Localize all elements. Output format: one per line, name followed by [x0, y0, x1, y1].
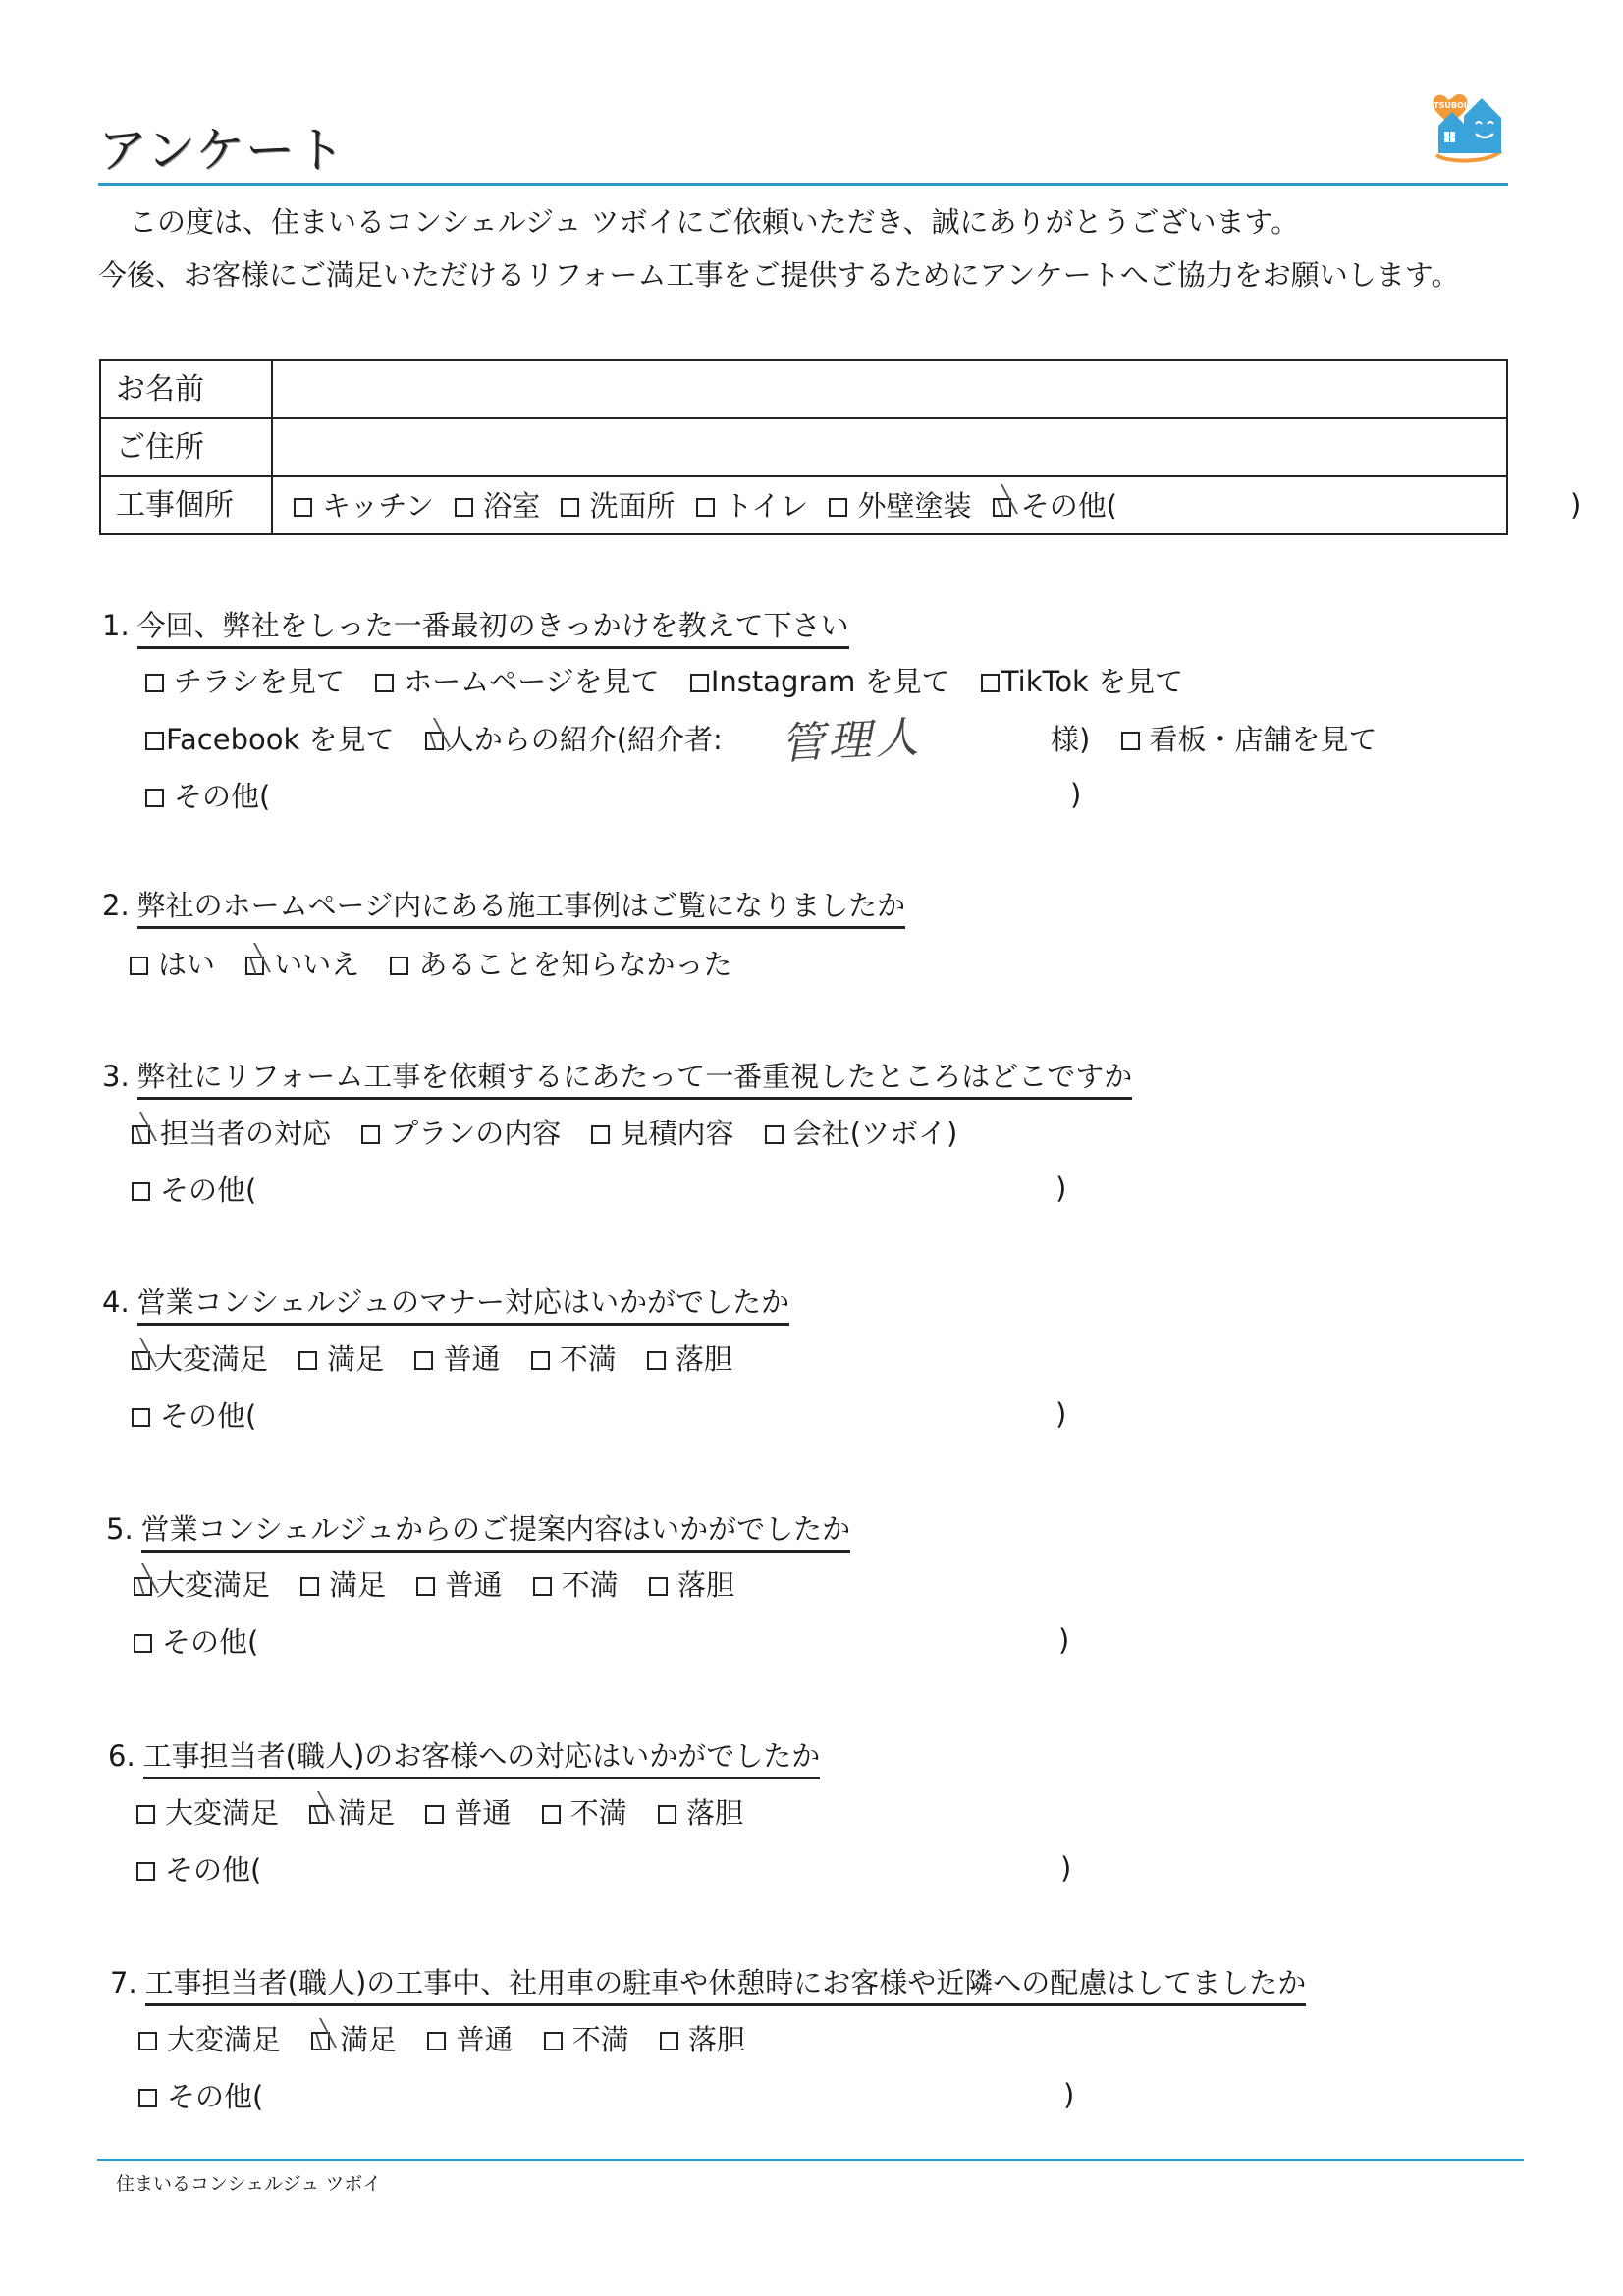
option-dissatisfied[interactable]: 不満 [544, 2023, 629, 2056]
other-label: その他( [165, 1853, 261, 1886]
other-label: その他( [167, 2080, 263, 2113]
question-1-options-row-2b: 様) 看板・店舗を見て [1051, 726, 1378, 754]
other-close-paren: ) [1070, 781, 1081, 809]
option-label: 満足 [327, 1342, 384, 1376]
checkbox[interactable] [765, 1125, 784, 1144]
option-satisfied[interactable]: 満足 [309, 1796, 395, 1830]
location-options: キッチン 浴室 洗面所 トイレ 外壁塗装 その他( ) [274, 477, 1506, 533]
question-text: 弊社にリフォーム工事を依頼するにあたって一番重視したところはどこですか [137, 1060, 1133, 1100]
question-4-options: 大変満足 満足 普通 不満 落胆 [132, 1345, 754, 1374]
question-1-other[interactable]: その他( [145, 783, 270, 811]
option-homepage[interactable]: ホームページを見て [375, 665, 659, 698]
checkbox[interactable] [690, 674, 709, 692]
option-label: 落胆 [688, 2023, 745, 2056]
option-average[interactable]: 普通 [416, 1568, 502, 1602]
checkbox[interactable] [132, 1408, 150, 1427]
intro-line-2: 今後、お客様にご満足いただけるリフォーム工事をご提供するためにアンケートへご協力… [98, 261, 1460, 290]
option-label: 落胆 [677, 1568, 734, 1602]
checkbox[interactable] [136, 1805, 155, 1824]
option-company[interactable]: 会社(ツボイ) [765, 1117, 958, 1150]
name-field[interactable] [274, 361, 1506, 417]
question-text: 工事担当者(職人)のお客様への対応はいかがでしたか [143, 1739, 821, 1779]
option-label: 人からの紹介(紹介者: [446, 723, 723, 756]
name-label: お名前 [101, 361, 273, 417]
address-label: ご住所 [101, 419, 273, 475]
option-label: いいえ [274, 948, 359, 981]
option-label: Instagram を見て [711, 665, 950, 698]
option-staff-response[interactable]: 担当者の対応 [132, 1117, 331, 1150]
option-signboard[interactable]: 看板・店舗を見て [1121, 723, 1378, 756]
question-number: 7. [110, 1966, 137, 1999]
option-label: Facebook を見て [166, 723, 394, 756]
question-3-other[interactable]: その他( [132, 1176, 256, 1205]
option-other[interactable]: その他( [993, 489, 1117, 522]
option-label: 満足 [340, 2023, 397, 2056]
checkbox[interactable] [425, 1805, 444, 1824]
option-label: チラシを見て [174, 665, 345, 698]
option-toilet[interactable]: トイレ [696, 489, 809, 522]
option-label: プランの内容 [390, 1117, 561, 1150]
svg-text:TSUBOI: TSUBOI [1434, 101, 1467, 110]
option-label: ホームページを見て [404, 665, 659, 698]
checkbox[interactable] [544, 2032, 563, 2050]
checkbox[interactable] [138, 2032, 157, 2050]
checkbox-checked[interactable] [134, 1577, 152, 1596]
house-logo-icon: TSUBOI [1429, 86, 1507, 163]
checkbox-checked[interactable] [132, 1125, 150, 1144]
question-6-other[interactable]: その他( [136, 1856, 261, 1885]
option-label: 普通 [443, 1342, 500, 1376]
option-label: 落胆 [686, 1796, 743, 1830]
other-close-paren: ) [1060, 1854, 1071, 1883]
question-7-options: 大変満足 満足 普通 不満 落胆 [138, 2026, 767, 2054]
location-label: 工事個所 [101, 477, 273, 533]
question-text: 営業コンシェルジュのマナー対応はいかがでしたか [137, 1285, 789, 1326]
option-no[interactable]: いいえ [245, 948, 359, 981]
option-label: はい [158, 948, 215, 981]
option-referral[interactable]: 人からの紹介(紹介者: [425, 723, 723, 756]
footer-divider [97, 2159, 1524, 2161]
checkbox[interactable] [132, 1182, 150, 1201]
option-label: あることを知らなかった [418, 948, 731, 981]
option-label: 満足 [329, 1568, 386, 1602]
checkbox-checked[interactable] [425, 732, 444, 750]
option-label: 普通 [445, 1568, 502, 1602]
location-row: 工事個所 キッチン 浴室 洗面所 トイレ 外壁塗装 その他( ) [101, 477, 1506, 533]
checkbox[interactable] [145, 674, 164, 692]
question-6-title: 6.工事担当者(職人)のお客様への対応はいかがでしたか [108, 1742, 820, 1771]
other-close-paren: ) [1055, 1175, 1066, 1203]
checkbox[interactable] [130, 957, 148, 975]
other-label: その他( [160, 1399, 256, 1433]
question-5-other[interactable]: その他( [134, 1628, 258, 1657]
checkbox-checked[interactable] [309, 1805, 328, 1824]
option-label: 大変満足 [165, 1796, 279, 1830]
question-3-title: 3.弊社にリフォーム工事を依頼するにあたって一番重視したところはどこですか [102, 1063, 1132, 1091]
question-text: 今回、弊社をしった一番最初のきっかけを教えて下さい [137, 609, 849, 649]
checkbox[interactable] [298, 1351, 317, 1370]
question-5-title: 5.営業コンシェルジュからのご提案内容はいかがでしたか [106, 1515, 850, 1544]
checkbox[interactable] [696, 498, 715, 517]
checkbox[interactable] [136, 1862, 155, 1881]
checkbox-checked[interactable] [993, 498, 1011, 517]
option-label: 普通 [454, 1796, 511, 1830]
question-number: 4. [102, 1285, 130, 1319]
address-field[interactable] [274, 419, 1506, 475]
other-label: その他( [174, 780, 270, 813]
option-satisfied[interactable]: 満足 [311, 2023, 397, 2056]
checkbox[interactable] [1121, 732, 1140, 750]
question-number: 2. [102, 889, 130, 922]
question-6-options: 大変満足 満足 普通 不満 落胆 [136, 1799, 765, 1828]
option-very-satisfied[interactable]: 大変満足 [138, 2023, 281, 2056]
option-disappointed[interactable]: 落胆 [647, 1342, 732, 1376]
option-very-satisfied[interactable]: 大変満足 [132, 1342, 268, 1376]
option-average[interactable]: 普通 [414, 1342, 500, 1376]
option-disappointed[interactable]: 落胆 [649, 1568, 734, 1602]
question-number: 1. [102, 609, 130, 642]
checkbox[interactable] [138, 2089, 157, 2107]
option-bathroom[interactable]: 浴室 [455, 489, 540, 522]
checkbox[interactable] [660, 2032, 678, 2050]
option-label: 大変満足 [167, 2023, 281, 2056]
header-divider [98, 183, 1508, 186]
option-tiktok[interactable]: TikTok を見て [981, 665, 1183, 698]
option-satisfied[interactable]: 満足 [298, 1342, 384, 1376]
option-dissatisfied[interactable]: 不満 [531, 1342, 617, 1376]
option-washroom[interactable]: 洗面所 [561, 489, 675, 522]
checkbox[interactable] [649, 1577, 668, 1596]
question-text: 弊社のホームページ内にある施工事例はご覧になりましたか [137, 889, 905, 929]
question-3-options: 担当者の対応 プランの内容 見積内容 会社(ツボイ) [132, 1120, 979, 1148]
option-flyer[interactable]: チラシを見て [145, 665, 345, 698]
checkbox[interactable] [361, 1125, 380, 1144]
checkbox[interactable] [531, 1351, 550, 1370]
question-1-options-row-2: Facebook を見て 人からの紹介(紹介者: [145, 726, 723, 754]
question-text: 営業コンシェルジュからのご提案内容はいかがでしたか [141, 1512, 850, 1553]
checkbox[interactable] [427, 2032, 446, 2050]
option-label: 会社(ツボイ) [793, 1117, 958, 1150]
option-facebook[interactable]: Facebook を見て [145, 723, 394, 756]
question-4-title: 4.営業コンシェルジュのマナー対応はいかがでしたか [102, 1288, 789, 1317]
checkbox[interactable] [145, 789, 164, 807]
question-2-title: 2.弊社のホームページ内にある施工事例はご覧になりましたか [102, 892, 905, 920]
option-label: 普通 [456, 2023, 513, 2056]
option-disappointed[interactable]: 落胆 [658, 1796, 743, 1830]
option-label: 満足 [338, 1796, 395, 1830]
option-label: 大変満足 [156, 1568, 270, 1602]
checkbox-checked[interactable] [132, 1351, 150, 1370]
name-row: お名前 [101, 361, 1506, 419]
question-number: 6. [108, 1739, 135, 1773]
option-label: 見積内容 [620, 1117, 733, 1150]
option-label: その他( [1021, 489, 1117, 522]
question-7-title: 7.工事担当者(職人)の工事中、社用車の駐車や休憩時にお客様や近隣への配慮はして… [110, 1969, 1306, 1997]
option-instagram[interactable]: Instagram を見て [690, 665, 950, 698]
option-dissatisfied[interactable]: 不満 [542, 1796, 627, 1830]
option-label: 大変満足 [154, 1342, 268, 1376]
question-4-other[interactable]: その他( [132, 1402, 256, 1431]
checkbox[interactable] [981, 674, 1000, 692]
option-average[interactable]: 普通 [427, 2023, 513, 2056]
referrer-handwritten: 管理人 [779, 701, 923, 771]
checkbox[interactable] [375, 674, 394, 692]
referrer-field[interactable]: 管理人 [781, 705, 922, 768]
tsuboi-logo: TSUBOI [1429, 86, 1507, 163]
checkbox[interactable] [591, 1125, 610, 1144]
other-label: その他( [162, 1625, 258, 1659]
option-plan-content[interactable]: プランの内容 [361, 1117, 561, 1150]
checkbox[interactable] [145, 732, 164, 750]
question-number: 5. [106, 1512, 134, 1546]
option-very-satisfied[interactable]: 大変満足 [136, 1796, 279, 1830]
option-yes[interactable]: はい [130, 948, 215, 981]
question-1-title: 1.今回、弊社をしった一番最初のきっかけを教えて下さい [102, 612, 849, 640]
checkbox[interactable] [829, 498, 847, 517]
option-average[interactable]: 普通 [425, 1796, 511, 1830]
checkbox-checked[interactable] [311, 2032, 330, 2050]
option-very-satisfied[interactable]: 大変満足 [134, 1568, 270, 1602]
option-satisfied[interactable]: 満足 [300, 1568, 386, 1602]
checkbox-checked[interactable] [245, 957, 264, 975]
option-label: 落胆 [676, 1342, 732, 1376]
other-label: その他( [160, 1174, 256, 1207]
checkbox[interactable] [542, 1805, 561, 1824]
option-label: 洗面所 [589, 489, 675, 522]
option-label: トイレ [725, 489, 809, 522]
option-did-not-know[interactable]: あることを知らなかった [390, 948, 731, 981]
question-7-other[interactable]: その他( [138, 2083, 263, 2111]
option-label: キッチン [322, 489, 434, 522]
checkbox[interactable] [134, 1634, 152, 1653]
checkbox[interactable] [390, 957, 408, 975]
option-label: 担当者の対応 [160, 1117, 331, 1150]
other-close-paren: ) [1570, 491, 1581, 519]
option-label: TikTok を見て [1001, 665, 1183, 698]
checkbox[interactable] [658, 1805, 676, 1824]
checkbox[interactable] [533, 1577, 552, 1596]
option-dissatisfied[interactable]: 不満 [533, 1568, 619, 1602]
question-number: 3. [102, 1060, 130, 1093]
option-label: 不満 [572, 2023, 629, 2056]
option-exterior-paint[interactable]: 外壁塗装 [829, 489, 971, 522]
address-row: ご住所 [101, 419, 1506, 477]
checkbox[interactable] [416, 1577, 435, 1596]
option-label: 外壁塗装 [857, 489, 971, 522]
checkbox[interactable] [300, 1577, 319, 1596]
option-disappointed[interactable]: 落胆 [660, 2023, 745, 2056]
page-title: アンケート [98, 126, 346, 175]
question-1-options-row-1: チラシを見て ホームページを見て Instagram を見て TikTok を見… [145, 668, 1205, 696]
intro-line-1: この度は、住まいるコンシェルジュ ツボイにご依頼いただき、誠にありがとうございま… [129, 208, 1299, 237]
checkbox[interactable] [561, 498, 579, 517]
option-label: 不満 [562, 1568, 619, 1602]
footer-company: 住まいるコンシェルジュ ツボイ [116, 2175, 381, 2194]
question-text: 工事担当者(職人)の工事中、社用車の駐車や休憩時にお客様や近隣への配慮はしてまし… [145, 1966, 1307, 2006]
referrer-suffix: 様) [1051, 723, 1090, 756]
question-5-options: 大変満足 満足 普通 不満 落胆 [134, 1571, 756, 1600]
option-label: 看板・店舗を見て [1150, 723, 1378, 756]
checkbox[interactable] [647, 1351, 666, 1370]
customer-info-table: お名前 ご住所 工事個所 キッチン 浴室 洗面所 トイレ 外壁塗装 その他( ) [99, 359, 1508, 535]
question-2-options: はい いいえ あることを知らなかった [130, 951, 753, 979]
other-close-paren: ) [1055, 1400, 1066, 1429]
other-close-paren: ) [1063, 2081, 1074, 2109]
other-close-paren: ) [1058, 1626, 1069, 1655]
option-kitchen[interactable]: キッチン [294, 489, 434, 522]
option-label: 不満 [560, 1342, 617, 1376]
checkbox[interactable] [414, 1351, 433, 1370]
checkbox[interactable] [294, 498, 312, 517]
option-estimate[interactable]: 見積内容 [591, 1117, 733, 1150]
option-label: 浴室 [483, 489, 540, 522]
checkbox[interactable] [455, 498, 473, 517]
option-label: 不満 [570, 1796, 627, 1830]
